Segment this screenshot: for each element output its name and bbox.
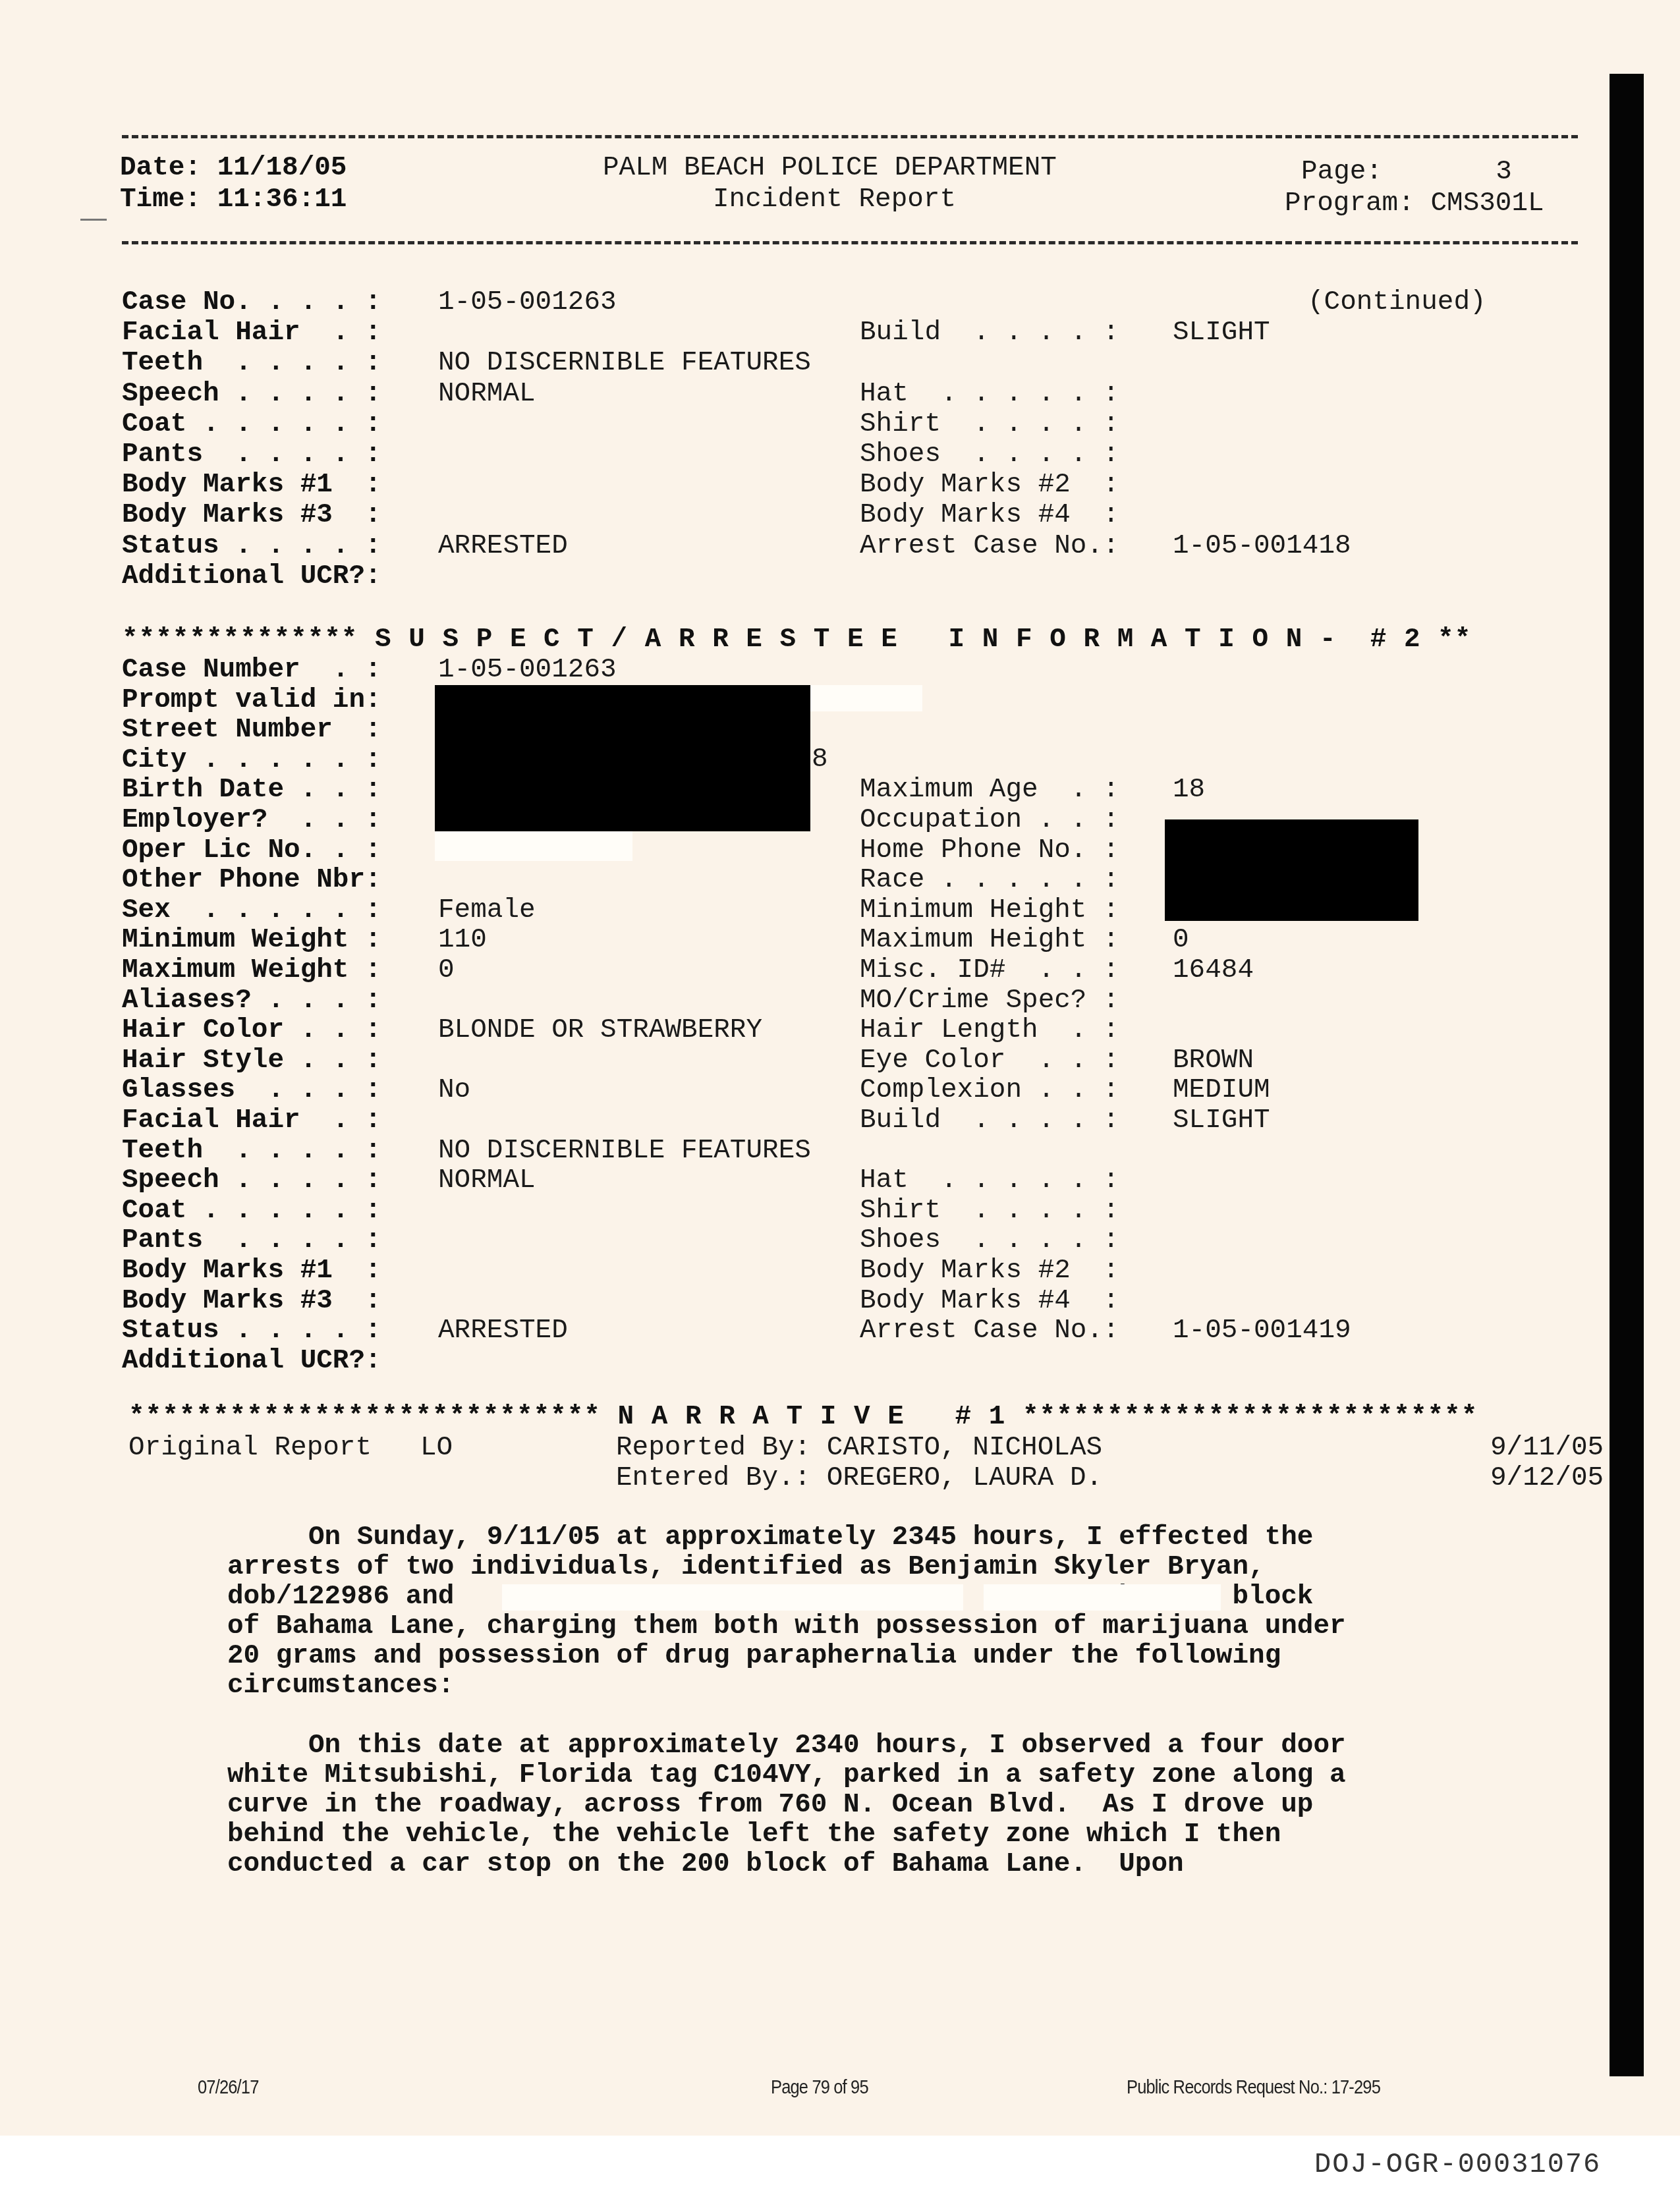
date-value: 11/18/05 <box>217 153 347 183</box>
redaction-box-phone-race <box>1165 819 1418 921</box>
redaction-box-address <box>435 685 810 831</box>
field-value: ARRESTED <box>438 1315 568 1346</box>
header-page: Page: 3 <box>1301 157 1512 187</box>
date-label: Date: <box>120 153 201 183</box>
field-value: MEDIUM <box>1173 1075 1270 1105</box>
header-program: Program: CMS301L <box>1285 188 1544 219</box>
entered-by-label: Entered By.: <box>616 1463 810 1493</box>
field-label: Shirt . . . . : <box>860 409 1119 439</box>
field-label: Status . . . . : <box>122 531 381 561</box>
field-value: SLIGHT <box>1173 318 1270 348</box>
field-label: Arrest Case No.: <box>860 1315 1119 1346</box>
field-value: NO DISCERNIBLE FEATURES <box>438 1136 811 1166</box>
narrative-title: **************************** N A R R A T… <box>128 1402 1478 1432</box>
header-rule-bottom <box>122 241 1578 244</box>
field-label: Teeth . . . . : <box>122 348 381 378</box>
field-value: 1-05-001263 <box>438 655 617 685</box>
field-label: Body Marks #4 : <box>860 1286 1119 1316</box>
footer-page-number: Page 79 of 95 <box>771 2076 868 2099</box>
field-label: Arrest Case No.: <box>860 531 1119 561</box>
field-label: Hair Color . . : <box>122 1015 381 1045</box>
field-value: NORMAL <box>438 1165 536 1196</box>
field-label: Aliases? . . . : <box>122 985 381 1016</box>
original-report-label: Original Report <box>128 1433 372 1463</box>
entered-by-name: OREGERO, LAURA D. <box>827 1463 1102 1493</box>
entered-by-line: Entered By.: OREGERO, LAURA D. <box>616 1463 1102 1493</box>
field-label: Complexion . . : <box>860 1075 1119 1105</box>
city-fragment: 8 <box>812 744 828 775</box>
narrative-line: circumstances: <box>227 1671 1346 1701</box>
narrative-line: white Mitsubishi, Florida tag C104VY, pa… <box>227 1761 1346 1790</box>
field-label: Coat . . . . . : <box>122 409 381 439</box>
field-value: 18 <box>1173 775 1205 805</box>
field-label: Body Marks #2 : <box>860 1256 1119 1286</box>
field-label: City . . . . . : <box>122 745 381 775</box>
report-code: LO <box>420 1433 453 1463</box>
narrative-line: behind the vehicle, the vehicle left the… <box>227 1820 1346 1850</box>
header-time: Time: 11:36:11 <box>120 184 347 215</box>
field-label: Shoes . . . . : <box>860 439 1119 470</box>
field-value: 16484 <box>1173 955 1254 985</box>
narrative-line: 20 grams and possession of drug parapher… <box>227 1642 1346 1671</box>
field-value: BROWN <box>1173 1045 1254 1076</box>
field-label: Body Marks #3 : <box>122 500 381 530</box>
narrative-whiteout <box>502 1584 963 1611</box>
field-label: Teeth . . . . : <box>122 1136 381 1166</box>
scan-edge-bar <box>1610 74 1644 2076</box>
department-name: PALM BEACH POLICE DEPARTMENT <box>603 153 1057 183</box>
program-label: Program: <box>1285 188 1414 219</box>
narrative-line: curve in the roadway, across from 760 N.… <box>227 1790 1346 1820</box>
field-label: Case No. . . . : <box>122 287 381 318</box>
field-label: Facial Hair . : <box>122 318 381 348</box>
field-label: Minimum Weight : <box>122 925 381 955</box>
whiteout-area <box>810 685 922 711</box>
narrative-report-type: Original Report LO <box>128 1433 453 1463</box>
field-label: Eye Color . . : <box>860 1045 1119 1076</box>
header-date: Date: 11/18/05 <box>120 153 347 183</box>
field-value: No <box>438 1075 470 1105</box>
narrative-line: of Bahama Lane, charging them both with … <box>227 1612 1346 1642</box>
field-label: Body Marks #2 : <box>860 470 1119 500</box>
field-label: MO/Crime Spec? : <box>860 985 1119 1016</box>
field-value: 1-05-001419 <box>1173 1315 1351 1346</box>
field-value: ARRESTED <box>438 531 568 561</box>
reported-by-line: Reported By: CARISTO, NICHOLAS <box>616 1433 1102 1463</box>
field-label: Prompt valid in: <box>122 685 381 715</box>
field-label: Other Phone Nbr: <box>122 865 381 895</box>
field-label: Hat . . . . . : <box>860 1165 1119 1196</box>
entered-date: 9/12/05 <box>1490 1463 1604 1493</box>
field-label: Birth Date . . : <box>122 775 381 805</box>
page-label: Page: <box>1301 157 1382 187</box>
field-label: Pants . . . . : <box>122 439 381 470</box>
field-value: 1-05-001263 <box>438 287 617 318</box>
page-value: 3 <box>1496 157 1512 187</box>
header-rule-top <box>122 135 1578 138</box>
narrative-whiteout <box>984 1584 1221 1611</box>
field-label: Misc. ID# . . : <box>860 955 1119 985</box>
program-value: CMS301L <box>1430 188 1544 219</box>
field-label: Speech . . . . : <box>122 1165 381 1196</box>
field-label: Maximum Weight : <box>122 955 381 985</box>
narrative-line: On Sunday, 9/11/05 at approximately 2345… <box>227 1523 1346 1553</box>
field-label: Minimum Height : <box>860 895 1119 926</box>
field-label: Race . . . . . : <box>860 865 1119 895</box>
field-value: NO DISCERNIBLE FEATURES <box>438 348 811 378</box>
field-label: Case Number . : <box>122 655 381 685</box>
field-value: 0 <box>438 955 455 985</box>
field-label: Occupation . . : <box>860 805 1119 835</box>
field-label: Coat . . . . . : <box>122 1196 381 1226</box>
field-label: Status . . . . : <box>122 1315 381 1346</box>
narrative-paragraph-2: On this date at approximately 2340 hours… <box>227 1731 1346 1879</box>
field-value: 0 <box>1173 925 1189 955</box>
field-label: Additional UCR?: <box>122 1346 381 1376</box>
time-label: Time: <box>120 184 201 215</box>
footer-date: 07/26/17 <box>198 2076 258 2099</box>
field-label: Hair Style . . : <box>122 1045 381 1076</box>
section2-title: ************** S U S P E C T / A R R E S… <box>122 624 1471 655</box>
narrative-line: arrests of two individuals, identified a… <box>227 1553 1346 1582</box>
field-label: Body Marks #1 : <box>122 470 381 500</box>
field-label: Body Marks #1 : <box>122 1256 381 1286</box>
reported-by-name: CARISTO, NICHOLAS <box>827 1433 1102 1463</box>
field-label: Shirt . . . . : <box>860 1196 1119 1226</box>
field-value: 1-05-001418 <box>1173 531 1351 561</box>
field-value: 110 <box>438 925 487 955</box>
field-label: Pants . . . . : <box>122 1225 381 1256</box>
field-label: Home Phone No. : <box>860 835 1119 866</box>
field-value: BLONDE OR STRAWBERRY <box>438 1015 762 1045</box>
field-value: Female <box>438 895 536 926</box>
field-label: Maximum Age . : <box>860 775 1119 805</box>
continued-label: (Continued) <box>1308 287 1486 318</box>
field-value: SLIGHT <box>1173 1105 1270 1136</box>
narrative-paragraph-1: On Sunday, 9/11/05 at approximately 2345… <box>227 1523 1346 1701</box>
time-value: 11:36:11 <box>217 184 347 215</box>
field-label: Shoes . . . . : <box>860 1225 1119 1256</box>
report-type: Incident Report <box>713 184 956 215</box>
bates-number: DOJ-OGR-00031076 <box>1314 2149 1601 2180</box>
footer-request-number: Public Records Request No.: 17-295 <box>1127 2076 1380 2099</box>
field-value: NORMAL <box>438 379 536 409</box>
field-label: Hat . . . . . : <box>860 379 1119 409</box>
field-label: Oper Lic No. . : <box>122 835 381 866</box>
field-label: Employer? . . : <box>122 805 381 835</box>
field-label: Speech . . . . : <box>122 379 381 409</box>
field-label: Maximum Height : <box>860 925 1119 955</box>
field-label: Body Marks #4 : <box>860 500 1119 530</box>
reported-date: 9/11/05 <box>1490 1433 1604 1463</box>
field-label: Body Marks #3 : <box>122 1286 381 1316</box>
margin-mark <box>80 219 107 221</box>
field-label: Facial Hair . : <box>122 1105 381 1136</box>
narrative-line: On this date at approximately 2340 hours… <box>227 1731 1346 1761</box>
reported-by-label: Reported By: <box>616 1433 810 1463</box>
field-label: Glasses . . . : <box>122 1075 381 1105</box>
field-label: Additional UCR?: <box>122 561 381 592</box>
field-label: Hair Length . : <box>860 1015 1119 1045</box>
field-label: Build . . . . : <box>860 1105 1119 1136</box>
field-label: Build . . . . : <box>860 318 1119 348</box>
narrative-line: conducted a car stop on the 200 block of… <box>227 1850 1346 1879</box>
field-label: Street Number : <box>122 715 381 745</box>
whiteout-area <box>435 831 632 861</box>
field-label: Sex . . . . . : <box>122 895 381 926</box>
